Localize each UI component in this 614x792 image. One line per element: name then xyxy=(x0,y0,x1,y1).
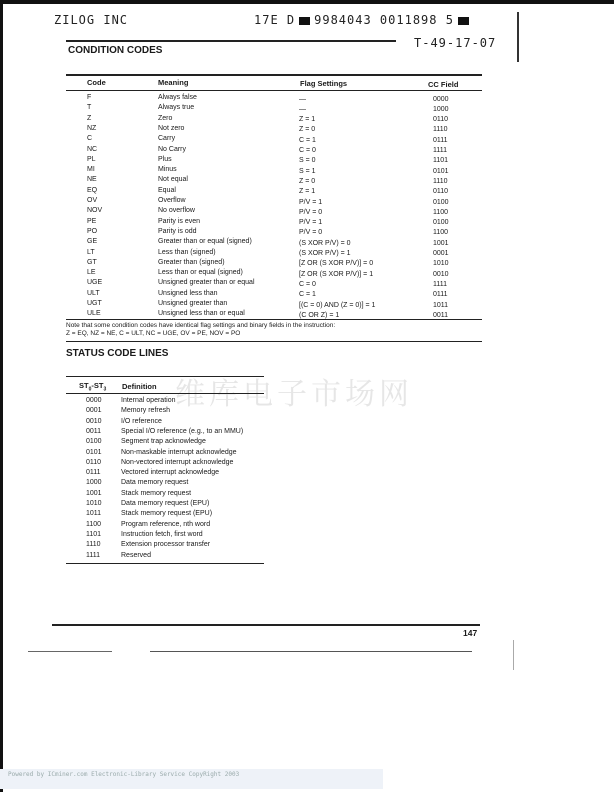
code-cell: GT xyxy=(87,259,97,266)
column-header-definition: Definition xyxy=(122,382,157,391)
definition-cell: Stack memory request xyxy=(121,490,191,497)
column-header-st0-st3: ST0-ST3 xyxy=(79,381,106,393)
meaning-cell: Unsigned greater than or equal xyxy=(158,279,255,286)
note-line: Note that some condition codes have iden… xyxy=(66,322,335,329)
code-cell: PL xyxy=(87,156,96,163)
cc-field-cell: 0100 xyxy=(433,199,449,206)
flag-settings-cell: S = 0 xyxy=(299,157,316,164)
code-cell: UGT xyxy=(87,300,102,307)
meaning-cell: Overflow xyxy=(158,197,186,204)
status-code-cell: 0100 xyxy=(86,438,102,445)
definition-cell: I/O reference xyxy=(121,418,162,425)
flag-settings-cell: (S XOR P/V) = 0 xyxy=(299,240,351,247)
flag-settings-cell: C = 1 xyxy=(299,291,316,298)
cc-field-cell: 0111 xyxy=(433,291,448,298)
code-cell: NOV xyxy=(87,207,102,214)
status-code-cell: 1000 xyxy=(86,479,102,486)
cc-field-cell: 0100 xyxy=(433,219,449,226)
scan-artifact-line xyxy=(28,651,112,652)
flag-settings-cell: Z = 1 xyxy=(299,116,315,123)
cc-field-cell: 0010 xyxy=(433,271,449,278)
definition-cell: Stack memory request (EPU) xyxy=(121,510,212,517)
definition-cell: Extension processor transfer xyxy=(121,541,210,548)
code-cell: ULE xyxy=(87,310,101,317)
flag-settings-cell: [(C = 0) AND (Z = 0)] = 1 xyxy=(299,302,375,309)
company-stamp: ZILOG INC xyxy=(54,13,128,27)
flag-settings-cell: P/V = 0 xyxy=(299,209,322,216)
code-cell: C xyxy=(87,135,92,142)
status-code-cell: 0010 xyxy=(86,418,102,425)
code-cell: GE xyxy=(87,238,97,245)
meaning-cell: Minus xyxy=(158,166,177,173)
black-block-icon xyxy=(458,17,469,25)
cc-field-cell: 1100 xyxy=(433,209,448,216)
document-code-stamp: 17E D9984043 0011898 5 xyxy=(254,13,473,27)
status-code-cell: 1111 xyxy=(86,552,100,559)
status-code-cell: 1001 xyxy=(86,490,102,497)
meaning-cell: Not zero xyxy=(158,125,184,132)
meaning-cell: Unsigned greater than xyxy=(158,300,227,307)
copyright-footer: Powered by ICminer.com Electronic-Librar… xyxy=(8,771,239,778)
code-cell: MI xyxy=(87,166,95,173)
flag-settings-cell: Z = 1 xyxy=(299,188,315,195)
meaning-cell: Parity is even xyxy=(158,218,200,225)
flag-settings-cell: P/V = 1 xyxy=(299,219,322,226)
column-header-code: Code xyxy=(87,78,106,87)
code-cell: OV xyxy=(87,197,97,204)
status-code-cell: 1110 xyxy=(86,541,101,548)
definition-cell: Non-maskable interrupt acknowledge xyxy=(121,449,237,456)
definition-cell: Segment trap acknowledge xyxy=(121,438,206,445)
meaning-cell: No Carry xyxy=(158,146,186,153)
code-cell: PO xyxy=(87,228,97,235)
code-cell: PE xyxy=(87,218,96,225)
scan-margin-mark xyxy=(517,12,519,62)
definition-cell: Data memory request xyxy=(121,479,188,486)
cc-field-cell: 0101 xyxy=(433,168,449,175)
cc-field-cell: 1100 xyxy=(433,229,448,236)
meaning-cell: Greater than or equal (signed) xyxy=(158,238,252,245)
code-cell: LE xyxy=(87,269,96,276)
code-cell: UGE xyxy=(87,279,102,286)
scan-left-border xyxy=(0,0,3,792)
black-block-icon xyxy=(299,17,310,25)
code-cell: ULT xyxy=(87,290,100,297)
cc-field-cell: 1101 xyxy=(433,157,448,164)
code-cell: T xyxy=(87,104,91,111)
meaning-cell: Equal xyxy=(158,187,176,194)
table-header-rule xyxy=(66,90,482,91)
code-cell: NE xyxy=(87,176,97,183)
status-code-cell: 0111 xyxy=(86,469,101,476)
document-reference: T-49-17-07 xyxy=(414,36,496,50)
table-top-rule xyxy=(66,376,264,377)
flag-settings-cell: — xyxy=(299,96,306,103)
cc-field-cell: 0110 xyxy=(433,116,448,123)
code-number: 9984043 0011898 5 xyxy=(314,13,454,27)
meaning-cell: Less than or equal (signed) xyxy=(158,269,243,276)
status-code-cell: 1011 xyxy=(86,510,101,517)
definition-cell: Data memory request (EPU) xyxy=(121,500,209,507)
condition-codes-title: CONDITION CODES xyxy=(68,45,162,56)
cc-field-cell: 1011 xyxy=(433,302,448,309)
meaning-cell: Always true xyxy=(158,104,194,111)
section-rule xyxy=(66,40,396,42)
flag-settings-cell: (C OR Z) = 1 xyxy=(299,312,339,319)
definition-cell: Special I/O reference (e.g., to an MMU) xyxy=(121,428,243,435)
flag-settings-cell: C = 0 xyxy=(299,147,316,154)
meaning-cell: Greater than (signed) xyxy=(158,259,225,266)
definition-cell: Memory refresh xyxy=(121,407,170,414)
definition-cell: Non-vectored interrupt acknowledge xyxy=(121,459,233,466)
flag-settings-cell: C = 0 xyxy=(299,281,316,288)
note-equivalences: Z = EQ, NZ = NE, C = ULT, NC = UGE, OV =… xyxy=(66,330,240,337)
definition-cell: Vectored interrupt acknowledge xyxy=(121,469,219,476)
meaning-cell: Carry xyxy=(158,135,175,142)
meaning-cell: Plus xyxy=(158,156,172,163)
code-cell: NC xyxy=(87,146,97,153)
flag-settings-cell: P/V = 1 xyxy=(299,199,322,206)
cc-field-cell: 1110 xyxy=(433,178,448,185)
flag-settings-cell: — xyxy=(299,106,306,113)
cc-field-cell: 1010 xyxy=(433,260,449,267)
meaning-cell: Zero xyxy=(158,115,172,122)
cc-field-cell: 1001 xyxy=(433,240,449,247)
cc-field-cell: 1110 xyxy=(433,126,448,133)
table-top-rule xyxy=(66,74,482,76)
definition-cell: Reserved xyxy=(121,552,151,559)
cc-field-cell: 0000 xyxy=(433,96,449,103)
cc-field-cell: 0011 xyxy=(433,312,448,319)
status-code-cell: 0110 xyxy=(86,459,101,466)
meaning-cell: Always false xyxy=(158,94,197,101)
definition-cell: Internal operation xyxy=(121,397,175,404)
code-prefix: 17E D xyxy=(254,13,295,27)
flag-settings-cell: [Z OR (S XOR P/V)] = 0 xyxy=(299,260,373,267)
code-cell: LT xyxy=(87,249,95,256)
status-code-cell: 0001 xyxy=(86,407,102,414)
code-cell: Z xyxy=(87,115,91,122)
cc-field-cell: 0110 xyxy=(433,188,448,195)
meaning-cell: Parity is odd xyxy=(158,228,197,235)
scan-margin-mark xyxy=(513,640,514,670)
scan-top-border xyxy=(0,0,614,4)
status-code-cell: 1100 xyxy=(86,521,101,528)
code-cell: EQ xyxy=(87,187,97,194)
page-number: 147 xyxy=(463,628,477,638)
meaning-cell: No overflow xyxy=(158,207,195,214)
status-code-cell: 0000 xyxy=(86,397,102,404)
flag-settings-cell: Z = 0 xyxy=(299,126,315,133)
cc-field-cell: 1111 xyxy=(433,281,447,288)
flag-settings-cell: [Z OR (S XOR P/V)] = 1 xyxy=(299,271,373,278)
flag-settings-cell: (S XOR P/V) = 1 xyxy=(299,250,351,257)
status-code-cell: 1010 xyxy=(86,500,102,507)
page-footer-rule xyxy=(52,624,480,626)
status-code-cell: 0101 xyxy=(86,449,102,456)
status-code-lines-title: STATUS CODE LINES xyxy=(66,348,168,359)
scan-artifact-line xyxy=(150,651,472,652)
flag-settings-cell: P/V = 0 xyxy=(299,229,322,236)
flag-settings-cell: S = 1 xyxy=(299,168,316,175)
meaning-cell: Unsigned less than xyxy=(158,290,218,297)
meaning-cell: Unsigned less than or equal xyxy=(158,310,245,317)
cc-field-cell: 1111 xyxy=(433,147,447,154)
meaning-cell: Less than (signed) xyxy=(158,249,216,256)
status-code-cell: 0011 xyxy=(86,428,101,435)
cc-field-cell: 0001 xyxy=(433,250,449,257)
definition-cell: Instruction fetch, first word xyxy=(121,531,203,538)
table-header-rule xyxy=(66,393,264,394)
column-header-cc-field: CC Field xyxy=(428,80,458,89)
flag-settings-cell: C = 1 xyxy=(299,137,316,144)
meaning-cell: Not equal xyxy=(158,176,188,183)
definition-cell: Program reference, nth word xyxy=(121,521,210,528)
table-bottom-rule xyxy=(66,319,482,320)
cc-field-cell: 1000 xyxy=(433,106,449,113)
table-bottom-rule xyxy=(66,563,264,564)
flag-settings-cell: Z = 0 xyxy=(299,178,315,185)
code-cell: NZ xyxy=(87,125,96,132)
column-header-meaning: Meaning xyxy=(158,78,188,87)
column-header-flag-settings: Flag Settings xyxy=(300,79,347,88)
cc-field-cell: 0111 xyxy=(433,137,448,144)
status-code-cell: 1101 xyxy=(86,531,101,538)
section-rule xyxy=(66,341,482,342)
code-cell: F xyxy=(87,94,91,101)
